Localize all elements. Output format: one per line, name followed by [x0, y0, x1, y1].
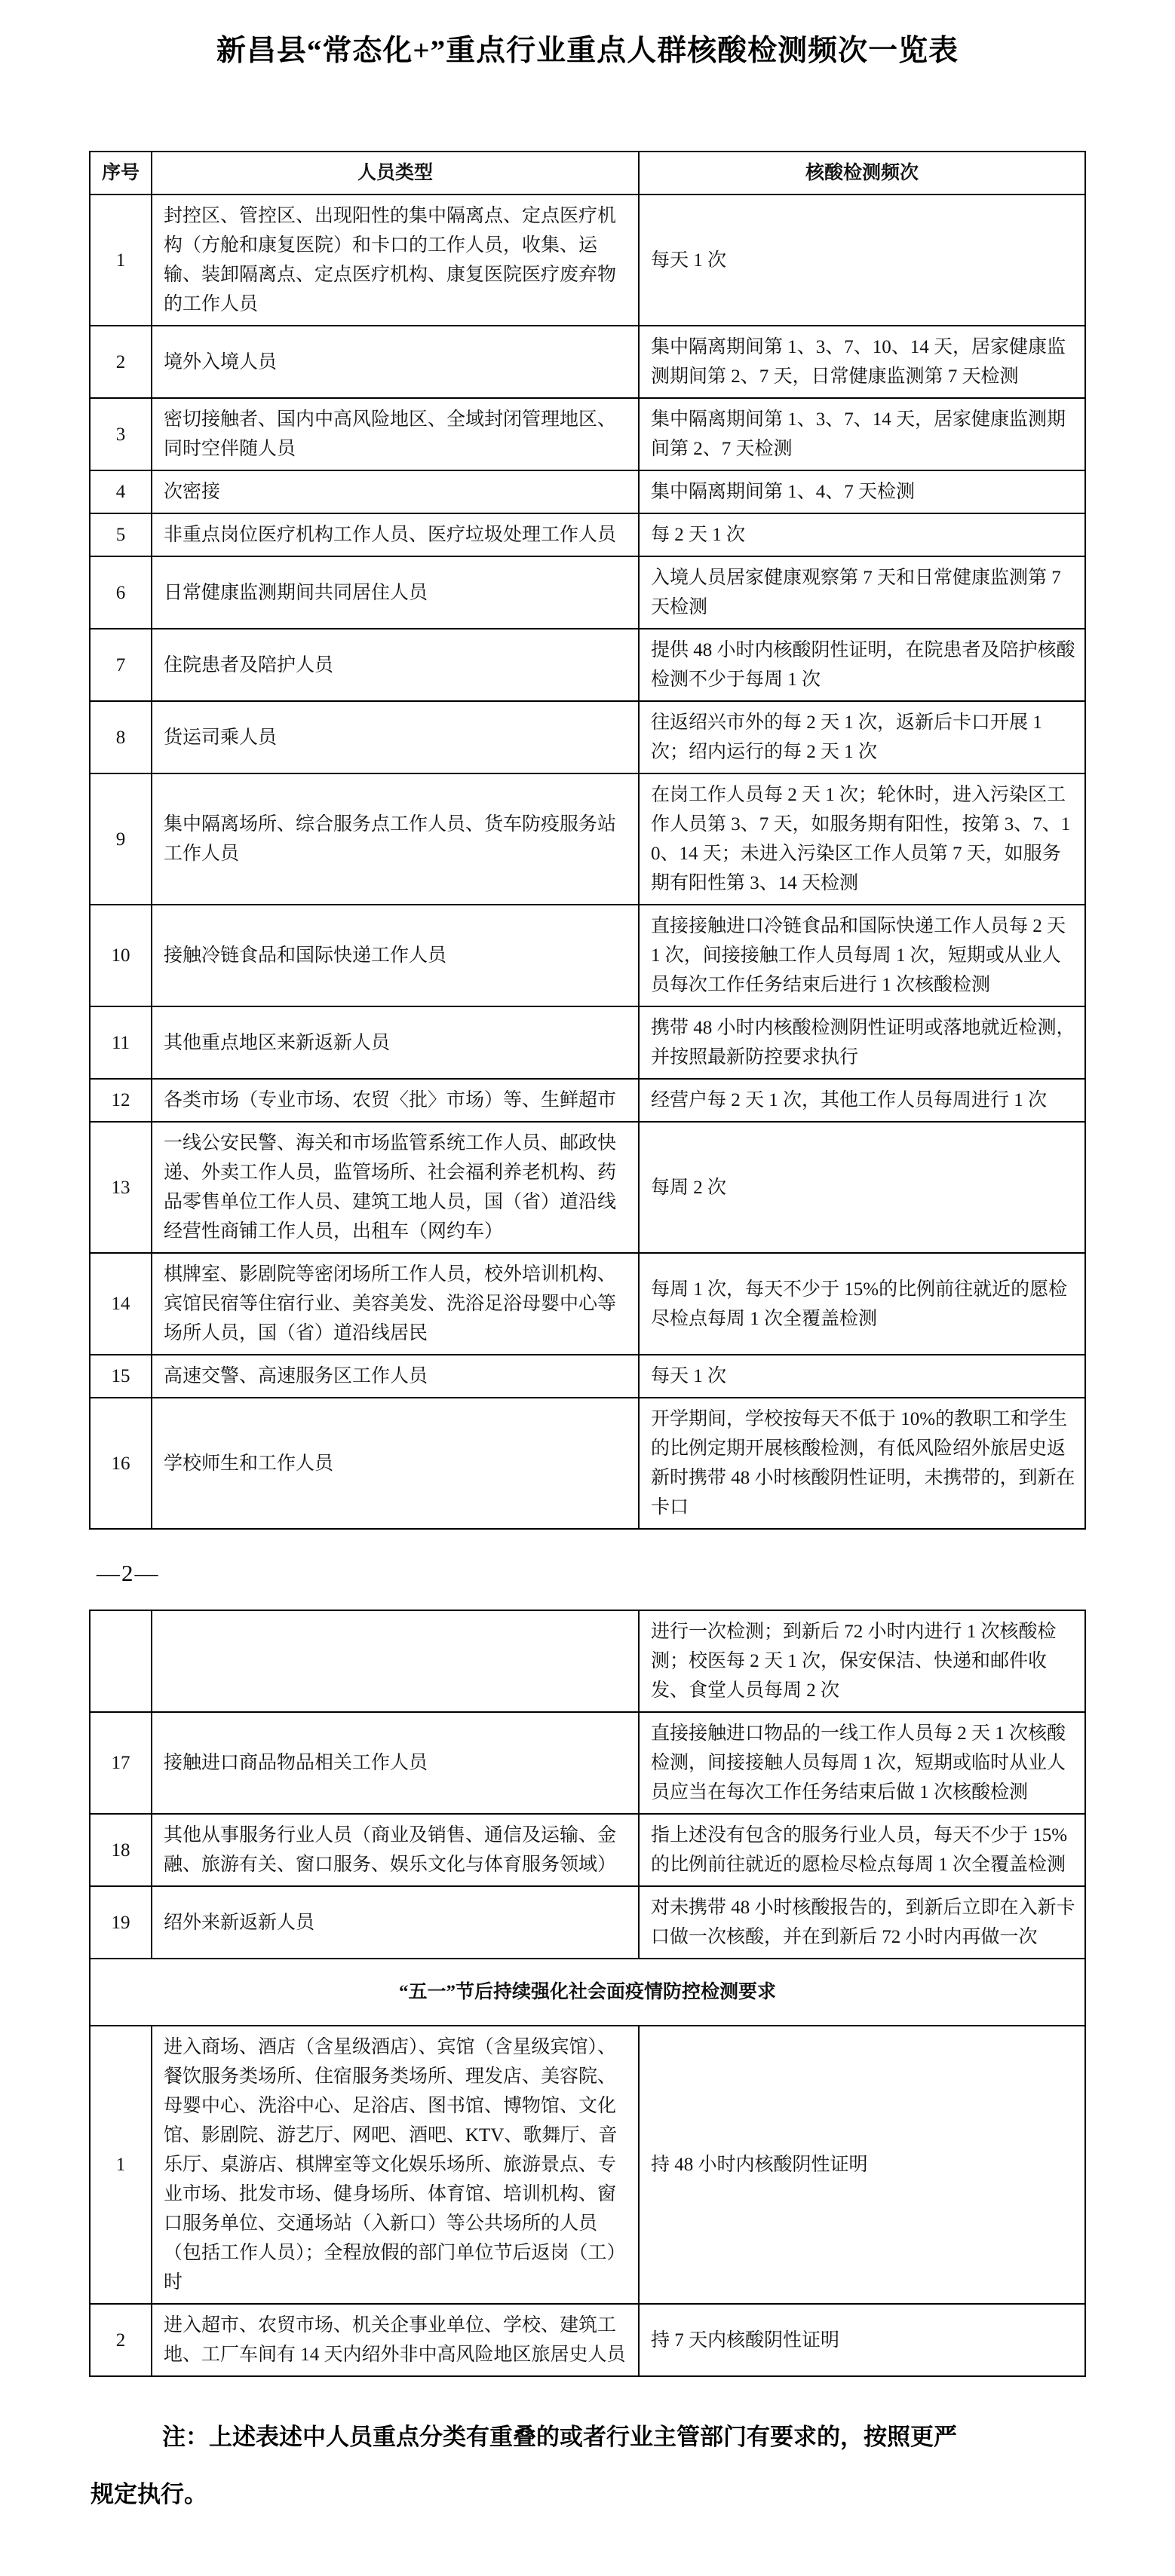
table-row: 18其他从事服务行业人员（商业及销售、通信及运输、金融、旅游有关、窗口服务、娱乐…	[90, 1814, 1085, 1886]
table-row: 19绍外来新返新人员对未携带 48 小时核酸报告的，到新后立即在入新卡口做一次核…	[90, 1886, 1085, 1959]
section-header-cell: “五一”节后持续强化社会面疫情防控检测要求	[90, 1959, 1085, 2026]
test-frequency-cell: 携带 48 小时内核酸检测阴性证明或落地就近检测，并按照最新防控要求执行	[639, 1006, 1085, 1079]
section-header-row: “五一”节后持续强化社会面疫情防控检测要求	[90, 1959, 1085, 2026]
person-type-cell: 封控区、管控区、出现阳性的集中隔离点、定点医疗机构（方舱和康复医院）和卡口的工作…	[152, 195, 639, 326]
row-number-cell: 2	[90, 2304, 152, 2376]
header-cell-person-type: 人员类型	[152, 152, 639, 195]
header-cell-test-frequency: 核酸检测频次	[639, 152, 1085, 195]
test-frequency-cell: 经营户每 2 天 1 次，其他工作人员每周进行 1 次	[639, 1079, 1085, 1122]
table-row: 4次密接集中隔离期间第 1、4、7 天检测	[90, 470, 1085, 513]
row-number-cell	[90, 1610, 152, 1712]
table-row: 8货运司乘人员往返绍兴市外的每 2 天 1 次，返新后卡口开展 1 次；绍内运行…	[90, 701, 1085, 773]
table-row: 3密切接触者、国内中高风险地区、全域封闭管理地区、同时空伴随人员集中隔离期间第 …	[90, 398, 1085, 470]
test-frequency-cell: 每 2 天 1 次	[639, 513, 1085, 556]
person-type-cell	[152, 1610, 639, 1712]
test-frequency-cell: 提供 48 小时内核酸阴性证明，在院患者及陪护核酸检测不少于每周 1 次	[639, 629, 1085, 701]
row-number-cell: 9	[90, 773, 152, 905]
test-frequency-cell: 集中隔离期间第 1、3、7、10、14 天，居家健康监测期间第 2、7 天，日常…	[639, 326, 1085, 398]
test-frequency-cell: 每天 1 次	[639, 195, 1085, 326]
row-number-cell: 1	[90, 2026, 152, 2304]
table-row: 7住院患者及陪护人员提供 48 小时内核酸阴性证明，在院患者及陪护核酸检测不少于…	[90, 629, 1085, 701]
person-type-cell: 次密接	[152, 470, 639, 513]
test-frequency-cell: 进行一次检测；到新后 72 小时内进行 1 次核酸检测；校医每 2 天 1 次，…	[639, 1610, 1085, 1712]
test-frequency-cell: 集中隔离期间第 1、3、7、14 天，居家健康监测期间第 2、7 天检测	[639, 398, 1085, 470]
person-type-cell: 一线公安民警、海关和市场监管系统工作人员、邮政快递、外卖工作人员，监管场所、社会…	[152, 1122, 639, 1253]
row-number-cell: 2	[90, 326, 152, 398]
main-table-page2: 进行一次检测；到新后 72 小时内进行 1 次核酸检测；校医每 2 天 1 次，…	[89, 1610, 1086, 2377]
table-row: 11其他重点地区来新返新人员携带 48 小时内核酸检测阴性证明或落地就近检测，并…	[90, 1006, 1085, 1079]
person-type-cell: 绍外来新返新人员	[152, 1886, 639, 1959]
row-number-cell: 1	[90, 195, 152, 326]
table-row: 1进入商场、酒店（含星级酒店）、宾馆（含星级宾馆）、餐饮服务类场所、住宿服务类场…	[90, 2026, 1085, 2304]
person-type-cell: 接触进口商品物品相关工作人员	[152, 1712, 639, 1814]
table-row: 17接触进口商品物品相关工作人员直接接触进口物品的一线工作人员每 2 天 1 次…	[90, 1712, 1085, 1814]
row-number-cell: 7	[90, 629, 152, 701]
test-frequency-cell: 持 48 小时内核酸阴性证明	[639, 2026, 1085, 2304]
table-row: 2进入超市、农贸市场、机关企事业单位、学校、建筑工地、工厂车间有 14 天内绍外…	[90, 2304, 1085, 2376]
test-frequency-cell: 直接接触进口物品的一线工作人员每 2 天 1 次核酸检测，间接接触人员每周 1 …	[639, 1712, 1085, 1814]
row-number-cell: 13	[90, 1122, 152, 1253]
person-type-cell: 住院患者及陪护人员	[152, 629, 639, 701]
test-frequency-cell: 每周 1 次，每天不少于 15%的比例前往就近的愿检尽检点每周 1 次全覆盖检测	[639, 1253, 1085, 1355]
test-frequency-cell: 直接接触进口冷链食品和国际快递工作人员每 2 天 1 次，间接接触工作人员每周 …	[639, 905, 1085, 1006]
table-row: 2境外入境人员集中隔离期间第 1、3、7、10、14 天，居家健康监测期间第 2…	[90, 326, 1085, 398]
person-type-cell: 接触冷链食品和国际快递工作人员	[152, 905, 639, 1006]
person-type-cell: 密切接触者、国内中高风险地区、全域封闭管理地区、同时空伴随人员	[152, 398, 639, 470]
test-frequency-cell: 每周 2 次	[639, 1122, 1085, 1253]
test-frequency-cell: 入境人员居家健康观察第 7 天和日常健康监测第 7 天检测	[639, 556, 1085, 629]
table-row: 6日常健康监测期间共同居住人员入境人员居家健康观察第 7 天和日常健康监测第 7…	[90, 556, 1085, 629]
table-row: 16学校师生和工作人员开学期间，学校按每天不低于 10%的教职工和学生的比例定期…	[90, 1398, 1085, 1529]
footer-note-line1: 注：上述表述中人员重点分类有重叠的或者行业主管部门有要求的，按照更严	[162, 2424, 957, 2450]
table-row: 12各类市场（专业市场、农贸〈批〉市场）等、生鲜超市经营户每 2 天 1 次，其…	[90, 1079, 1085, 1122]
row-number-cell: 18	[90, 1814, 152, 1886]
table-row: 进行一次检测；到新后 72 小时内进行 1 次核酸检测；校医每 2 天 1 次，…	[90, 1610, 1085, 1712]
person-type-cell: 进入超市、农贸市场、机关企事业单位、学校、建筑工地、工厂车间有 14 天内绍外非…	[152, 2304, 639, 2376]
row-number-cell: 10	[90, 905, 152, 1006]
table-row: 13一线公安民警、海关和市场监管系统工作人员、邮政快递、外卖工作人员，监管场所、…	[90, 1122, 1085, 1253]
table-row: 10接触冷链食品和国际快递工作人员直接接触进口冷链食品和国际快递工作人员每 2 …	[90, 905, 1085, 1006]
person-type-cell: 集中隔离场所、综合服务点工作人员、货车防疫服务站工作人员	[152, 773, 639, 905]
row-number-cell: 16	[90, 1398, 152, 1529]
person-type-cell: 境外入境人员	[152, 326, 639, 398]
test-frequency-cell: 往返绍兴市外的每 2 天 1 次，返新后卡口开展 1 次；绍内运行的每 2 天 …	[639, 701, 1085, 773]
row-number-cell: 11	[90, 1006, 152, 1079]
table-row: 5非重点岗位医疗机构工作人员、医疗垃圾处理工作人员每 2 天 1 次	[90, 513, 1085, 556]
footer-note: 注：上述表述中人员重点分类有重叠的或者行业主管部门有要求的，按照更严规定执行。	[91, 2409, 1084, 2523]
test-frequency-cell: 集中隔离期间第 1、4、7 天检测	[639, 470, 1085, 513]
test-frequency-cell: 每天 1 次	[639, 1355, 1085, 1398]
row-number-cell: 12	[90, 1079, 152, 1122]
person-type-cell: 进入商场、酒店（含星级酒店）、宾馆（含星级宾馆）、餐饮服务类场所、住宿服务类场所…	[152, 2026, 639, 2304]
table-row: 15高速交警、高速服务区工作人员每天 1 次	[90, 1355, 1085, 1398]
person-type-cell: 高速交警、高速服务区工作人员	[152, 1355, 639, 1398]
header-row: 序号 人员类型 核酸检测频次	[90, 152, 1085, 195]
row-number-cell: 6	[90, 556, 152, 629]
test-frequency-cell: 指上述没有包含的服务行业人员，每天不少于 15%的比例前往就近的愿检尽检点每周 …	[639, 1814, 1085, 1886]
person-type-cell: 货运司乘人员	[152, 701, 639, 773]
person-type-cell: 其他重点地区来新返新人员	[152, 1006, 639, 1079]
person-type-cell: 非重点岗位医疗机构工作人员、医疗垃圾处理工作人员	[152, 513, 639, 556]
person-type-cell: 学校师生和工作人员	[152, 1398, 639, 1529]
row-number-cell: 5	[90, 513, 152, 556]
page: 新昌县“常态化+”重点行业重点人群核酸检测频次一览表 序号 人员类型 核酸检测频…	[0, 0, 1175, 2576]
test-frequency-cell: 持 7 天内核酸阴性证明	[639, 2304, 1085, 2376]
person-type-cell: 棋牌室、影剧院等密闭场所工作人员，校外培训机构、宾馆民宿等住宿行业、美容美发、洗…	[152, 1253, 639, 1355]
row-number-cell: 8	[90, 701, 152, 773]
row-number-cell: 19	[90, 1886, 152, 1959]
person-type-cell: 各类市场（专业市场、农贸〈批〉市场）等、生鲜超市	[152, 1079, 639, 1122]
person-type-cell: 其他从事服务行业人员（商业及销售、通信及运输、金融、旅游有关、窗口服务、娱乐文化…	[152, 1814, 639, 1886]
row-number-cell: 17	[90, 1712, 152, 1814]
footer-note-line2: 规定执行。	[91, 2481, 207, 2507]
table-row: 14棋牌室、影剧院等密闭场所工作人员，校外培训机构、宾馆民宿等住宿行业、美容美发…	[90, 1253, 1085, 1355]
test-frequency-cell: 开学期间，学校按每天不低于 10%的教职工和学生的比例定期开展核酸检测，有低风险…	[639, 1398, 1085, 1529]
person-type-cell: 日常健康监测期间共同居住人员	[152, 556, 639, 629]
row-number-cell: 14	[90, 1253, 152, 1355]
table-row: 9集中隔离场所、综合服务点工作人员、货车防疫服务站工作人员在岗工作人员每 2 天…	[90, 773, 1085, 905]
header-cell-seq: 序号	[90, 152, 152, 195]
page-number: —2—	[97, 1560, 1086, 1587]
main-table-page1: 序号 人员类型 核酸检测频次 1封控区、管控区、出现阳性的集中隔离点、定点医疗机…	[89, 151, 1086, 1530]
test-frequency-cell: 在岗工作人员每 2 天 1 次；轮休时，进入污染区工作人员第 3、7 天，如服务…	[639, 773, 1085, 905]
row-number-cell: 3	[90, 398, 152, 470]
document-title: 新昌县“常态化+”重点行业重点人群核酸检测频次一览表	[89, 27, 1086, 69]
table-row: 1封控区、管控区、出现阳性的集中隔离点、定点医疗机构（方舱和康复医院）和卡口的工…	[90, 195, 1085, 326]
test-frequency-cell: 对未携带 48 小时核酸报告的，到新后立即在入新卡口做一次核酸，并在到新后 72…	[639, 1886, 1085, 1959]
row-number-cell: 4	[90, 470, 152, 513]
row-number-cell: 15	[90, 1355, 152, 1398]
